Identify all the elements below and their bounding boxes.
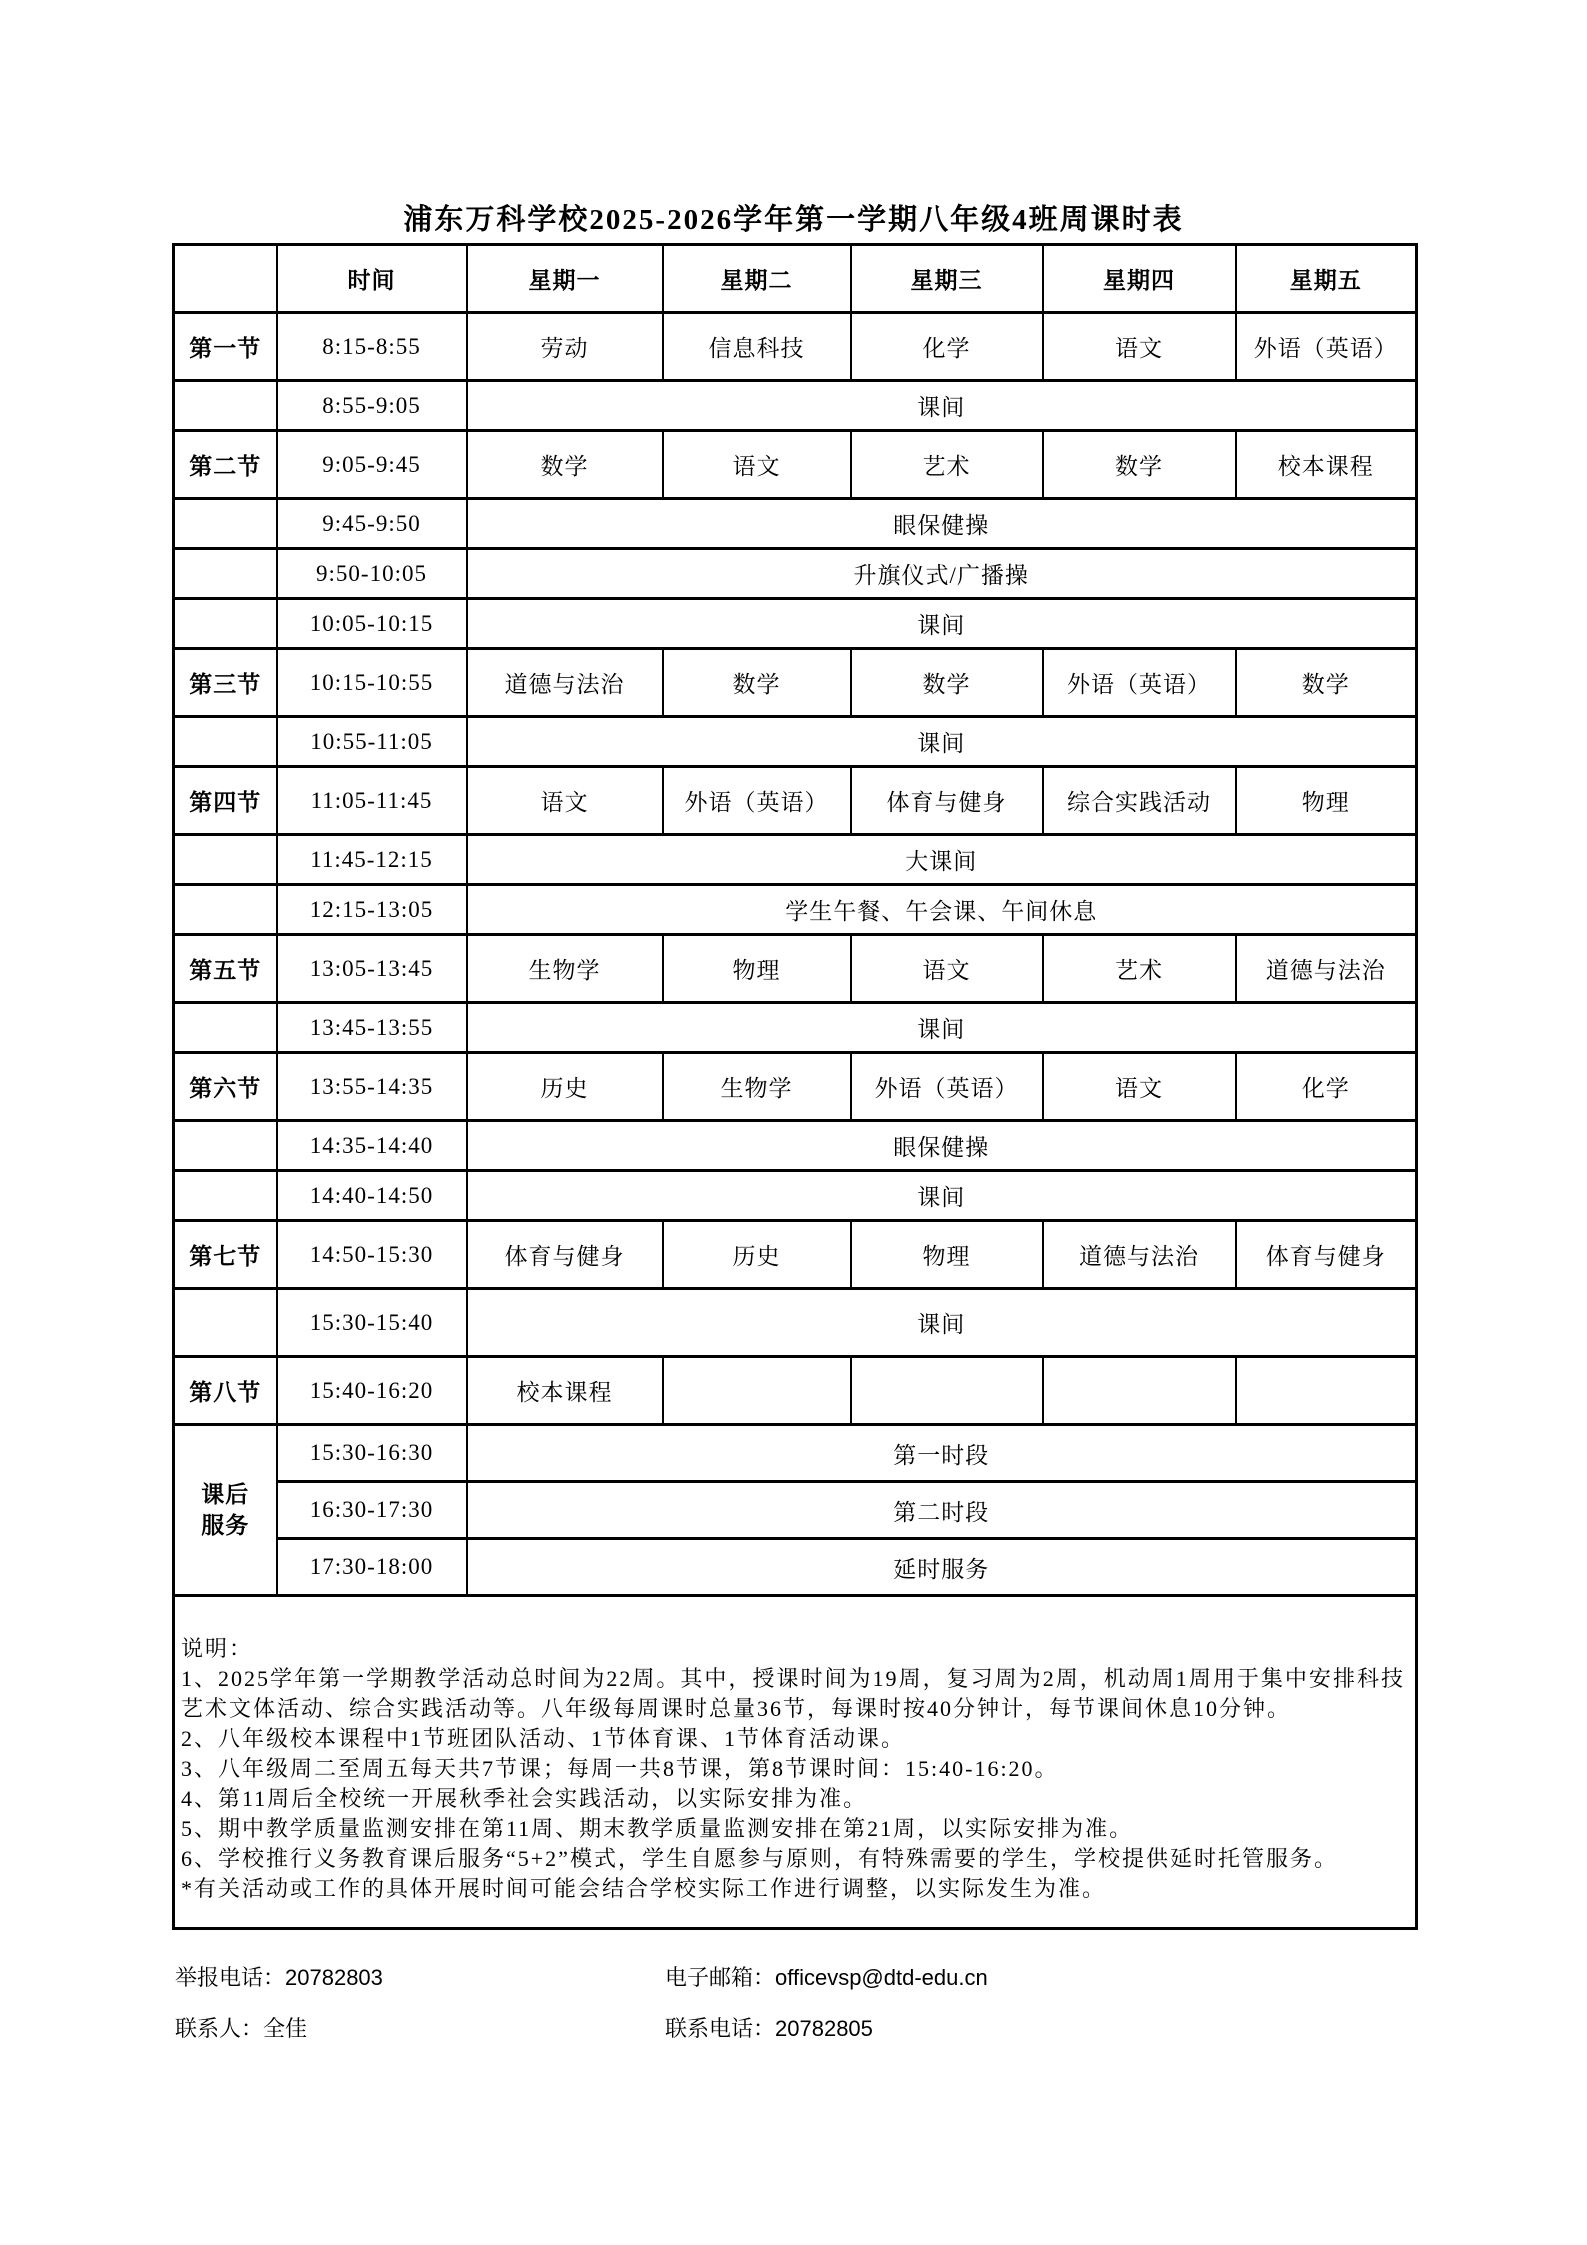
time-cell: 17:30-18:00 <box>277 1539 467 1596</box>
time-cell: 10:55-11:05 <box>277 717 467 767</box>
period-cell: 第五节 <box>174 935 277 1003</box>
time-cell: 12:15-13:05 <box>277 885 467 935</box>
break-cell: 眼保健操 <box>467 1121 1417 1171</box>
period-cell: 第一节 <box>174 313 277 381</box>
time-cell: 9:05-9:45 <box>277 431 467 499</box>
break-cell: 升旗仪式/广播操 <box>467 549 1417 599</box>
header-row: 时间星期一星期二星期三星期四星期五 <box>174 245 1417 313</box>
break-row: 8:55-9:05课间 <box>174 381 1417 431</box>
time-cell: 8:55-9:05 <box>277 381 467 431</box>
time-cell: 10:05-10:15 <box>277 599 467 649</box>
notes-line: 5、期中教学质量监测安排在第11周、期末教学质量监测安排在第21周，以实际安排为… <box>181 1814 1405 1844</box>
after-school-activity-cell: 第一时段 <box>467 1425 1417 1482</box>
break-cell: 课间 <box>467 599 1417 649</box>
page-title: 浦东万科学校2025-2026学年第一学期八年级4班周课时表 <box>0 197 1587 238</box>
day-header: 星期三 <box>851 245 1043 313</box>
subject-cell: 外语（英语） <box>663 767 851 835</box>
after-school-label: 课后服务 <box>199 1479 251 1541</box>
time-cell: 16:30-17:30 <box>277 1482 467 1539</box>
report-phone-value: 20782803 <box>285 1965 383 1990</box>
time-cell: 13:45-13:55 <box>277 1003 467 1053</box>
notes-line: 4、第11周后全校统一开展秋季社会实践活动，以实际安排为准。 <box>181 1784 1405 1814</box>
course-row: 第六节13:55-14:35历史生物学外语（英语）语文化学 <box>174 1053 1417 1121</box>
notes-row: 说明：1、2025学年第一学期教学活动总时间为22周。其中，授课时间为19周，复… <box>174 1596 1417 1929</box>
after-school-activity-cell: 延时服务 <box>467 1539 1417 1596</box>
subject-cell: 外语（英语） <box>1043 649 1236 717</box>
subject-cell: 信息科技 <box>663 313 851 381</box>
subject-cell: 体育与健身 <box>851 767 1043 835</box>
subject-cell: 校本课程 <box>1236 431 1417 499</box>
time-cell: 11:05-11:45 <box>277 767 467 835</box>
time-cell: 11:45-12:15 <box>277 835 467 885</box>
break-row: 10:05-10:15课间 <box>174 599 1417 649</box>
period-cell-empty <box>174 885 277 935</box>
period-cell: 第二节 <box>174 431 277 499</box>
period-cell: 第四节 <box>174 767 277 835</box>
after-school-row: 16:30-17:30第二时段 <box>174 1482 1417 1539</box>
break-row: 11:45-12:15大课间 <box>174 835 1417 885</box>
subject-cell: 综合实践活动 <box>1043 767 1236 835</box>
break-cell: 课间 <box>467 381 1417 431</box>
report-phone-label: 举报电话： <box>175 1965 285 1990</box>
subject-cell: 语文 <box>467 767 663 835</box>
time-cell: 9:45-9:50 <box>277 499 467 549</box>
subject-cell: 化学 <box>1236 1053 1417 1121</box>
period-cell-empty <box>174 381 277 431</box>
break-cell: 课间 <box>467 717 1417 767</box>
notes-line: 1、2025学年第一学期教学活动总时间为22周。其中，授课时间为19周，复习周为… <box>181 1664 1405 1724</box>
subject-cell: 历史 <box>467 1053 663 1121</box>
subject-cell: 体育与健身 <box>1236 1221 1417 1289</box>
period-cell-empty <box>174 499 277 549</box>
subject-cell: 历史 <box>663 1221 851 1289</box>
subject-cell: 生物学 <box>663 1053 851 1121</box>
contact-person: 联系人：全佳 <box>175 2012 307 2043</box>
period-cell: 第三节 <box>174 649 277 717</box>
subject-cell: 艺术 <box>1043 935 1236 1003</box>
subject-cell: 语文 <box>1043 313 1236 381</box>
contact-phone-value: 20782805 <box>775 2016 873 2041</box>
period-cell-empty <box>174 1121 277 1171</box>
period-cell-empty <box>174 599 277 649</box>
subject-cell <box>1043 1357 1236 1425</box>
subject-cell: 体育与健身 <box>467 1221 663 1289</box>
after-school-row: 课后服务15:30-16:30第一时段 <box>174 1425 1417 1482</box>
email: 电子邮箱：officevsp@dtd-edu.cn <box>665 1961 988 1992</box>
break-row: 14:35-14:40眼保健操 <box>174 1121 1417 1171</box>
break-cell: 学生午餐、午会课、午间休息 <box>467 885 1417 935</box>
contact-person-label: 联系人： <box>175 2016 263 2041</box>
time-cell: 15:40-16:20 <box>277 1357 467 1425</box>
break-row: 10:55-11:05课间 <box>174 717 1417 767</box>
subject-cell: 艺术 <box>851 431 1043 499</box>
notes-line: 6、学校推行义务教育课后服务“5+2”模式，学生自愿参与原则，有特殊需要的学生，… <box>181 1844 1405 1874</box>
subject-cell: 物理 <box>851 1221 1043 1289</box>
subject-cell: 数学 <box>467 431 663 499</box>
timetable: 时间星期一星期二星期三星期四星期五第一节8:15-8:55劳动信息科技化学语文外… <box>172 243 1418 1930</box>
email-value: officevsp@dtd-edu.cn <box>775 1965 988 1990</box>
time-cell: 14:50-15:30 <box>277 1221 467 1289</box>
subject-cell: 语文 <box>1043 1053 1236 1121</box>
contact-phone-label: 联系电话： <box>665 2016 775 2041</box>
day-header: 星期四 <box>1043 245 1236 313</box>
break-cell: 大课间 <box>467 835 1417 885</box>
after-school-activity-cell: 第二时段 <box>467 1482 1417 1539</box>
subject-cell: 外语（英语） <box>851 1053 1043 1121</box>
period-cell-empty <box>174 835 277 885</box>
subject-cell: 道德与法治 <box>1236 935 1417 1003</box>
time-cell: 14:35-14:40 <box>277 1121 467 1171</box>
course-row: 第七节14:50-15:30体育与健身历史物理道德与法治体育与健身 <box>174 1221 1417 1289</box>
notes-line: *有关活动或工作的具体开展时间可能会结合学校实际工作进行调整，以实际发生为准。 <box>181 1874 1405 1904</box>
subject-cell: 语文 <box>851 935 1043 1003</box>
after-school-row: 17:30-18:00延时服务 <box>174 1539 1417 1596</box>
time-cell: 9:50-10:05 <box>277 549 467 599</box>
subject-cell: 语文 <box>663 431 851 499</box>
subject-cell: 物理 <box>1236 767 1417 835</box>
subject-cell: 道德与法治 <box>1043 1221 1236 1289</box>
notes-cell: 说明：1、2025学年第一学期教学活动总时间为22周。其中，授课时间为19周，复… <box>174 1596 1417 1929</box>
notes-line: 3、八年级周二至周五每天共7节课；每周一共8节课，第8节课时间：15:40-16… <box>181 1754 1405 1784</box>
period-cell-empty <box>174 549 277 599</box>
time-cell: 15:30-15:40 <box>277 1289 467 1357</box>
subject-cell: 外语（英语） <box>1236 313 1417 381</box>
break-cell: 课间 <box>467 1003 1417 1053</box>
period-cell-empty <box>174 717 277 767</box>
break-row: 9:45-9:50眼保健操 <box>174 499 1417 549</box>
subject-cell: 生物学 <box>467 935 663 1003</box>
break-row: 13:45-13:55课间 <box>174 1003 1417 1053</box>
subject-cell <box>851 1357 1043 1425</box>
time-cell: 13:55-14:35 <box>277 1053 467 1121</box>
contact-phone: 联系电话：20782805 <box>665 2012 873 2043</box>
day-header: 星期一 <box>467 245 663 313</box>
period-cell-empty <box>174 1171 277 1221</box>
time-cell: 10:15-10:55 <box>277 649 467 717</box>
day-header: 星期五 <box>1236 245 1417 313</box>
period-cell-empty <box>174 1003 277 1053</box>
course-row: 第一节8:15-8:55劳动信息科技化学语文外语（英语） <box>174 313 1417 381</box>
corner-cell <box>174 245 277 313</box>
subject-cell: 数学 <box>1236 649 1417 717</box>
course-row: 第二节9:05-9:45数学语文艺术数学校本课程 <box>174 431 1417 499</box>
break-row: 9:50-10:05升旗仪式/广播操 <box>174 549 1417 599</box>
subject-cell <box>1236 1357 1417 1425</box>
course-row: 第五节13:05-13:45生物学物理语文艺术道德与法治 <box>174 935 1417 1003</box>
subject-cell: 校本课程 <box>467 1357 663 1425</box>
course-row: 第四节11:05-11:45语文外语（英语）体育与健身综合实践活动物理 <box>174 767 1417 835</box>
break-row: 15:30-15:40课间 <box>174 1289 1417 1357</box>
notes: 说明：1、2025学年第一学期教学活动总时间为22周。其中，授课时间为19周，复… <box>175 1598 1415 1926</box>
break-row: 14:40-14:50课间 <box>174 1171 1417 1221</box>
subject-cell: 数学 <box>851 649 1043 717</box>
period-cell: 第七节 <box>174 1221 277 1289</box>
period-cell: 第八节 <box>174 1357 277 1425</box>
time-cell: 8:15-8:55 <box>277 313 467 381</box>
subject-cell <box>663 1357 851 1425</box>
time-cell: 14:40-14:50 <box>277 1171 467 1221</box>
notes-heading: 说明： <box>181 1634 1405 1664</box>
day-header: 星期二 <box>663 245 851 313</box>
subject-cell: 物理 <box>663 935 851 1003</box>
break-cell: 课间 <box>467 1289 1417 1357</box>
time-header: 时间 <box>277 245 467 313</box>
course-row: 第八节15:40-16:20校本课程 <box>174 1357 1417 1425</box>
email-label: 电子邮箱： <box>665 1965 775 1990</box>
subject-cell: 化学 <box>851 313 1043 381</box>
break-row: 12:15-13:05学生午餐、午会课、午间休息 <box>174 885 1417 935</box>
course-row: 第三节10:15-10:55道德与法治数学数学外语（英语）数学 <box>174 649 1417 717</box>
subject-cell: 道德与法治 <box>467 649 663 717</box>
time-cell: 15:30-16:30 <box>277 1425 467 1482</box>
report-phone: 举报电话：20782803 <box>175 1961 383 1992</box>
period-cell-empty <box>174 1289 277 1357</box>
subject-cell: 劳动 <box>467 313 663 381</box>
period-cell: 第六节 <box>174 1053 277 1121</box>
notes-line: 2、八年级校本课程中1节班团队活动、1节体育课、1节体育活动课。 <box>181 1724 1405 1754</box>
subject-cell: 数学 <box>1043 431 1236 499</box>
break-cell: 眼保健操 <box>467 499 1417 549</box>
subject-cell: 数学 <box>663 649 851 717</box>
time-cell: 13:05-13:45 <box>277 935 467 1003</box>
after-school-label-cell: 课后服务 <box>174 1425 277 1596</box>
contact-person-value: 全佳 <box>263 2016 307 2041</box>
break-cell: 课间 <box>467 1171 1417 1221</box>
